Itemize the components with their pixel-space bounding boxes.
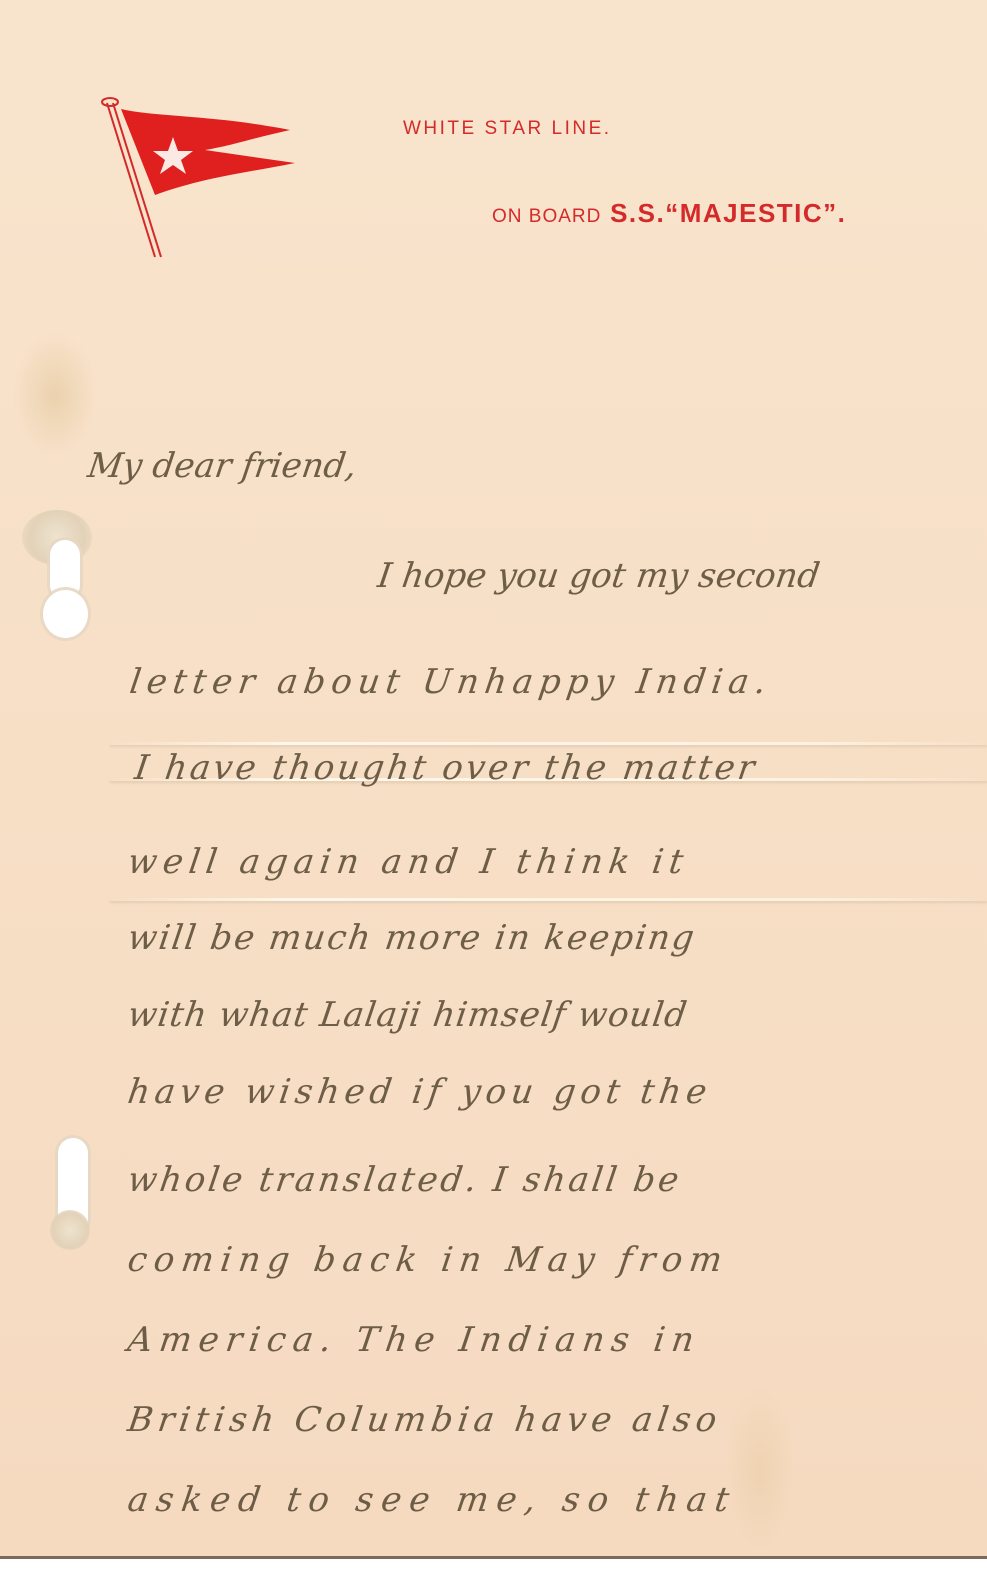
page-bottom-edge [0, 1556, 987, 1580]
letter-line: I hope you got my second [375, 556, 822, 596]
torn-edge [50, 1210, 90, 1250]
paper-fold-line [110, 742, 987, 745]
salutation: My dear friend, [85, 446, 359, 486]
on-board-label: ON BOARD [492, 206, 601, 227]
white-star-flag-icon [95, 95, 305, 260]
letter-line: well again and I think it [125, 842, 692, 882]
letter-line: I have thought over the matter [132, 748, 760, 788]
letterhead-company-name: WHITE STAR LINE. [403, 118, 612, 140]
letter-line: with what Lalaji himself would [125, 995, 690, 1035]
letter-line: America. The Indians in [125, 1320, 703, 1360]
paper-fold-line [110, 898, 987, 901]
letter-line: letter about Unhappy India. [127, 662, 774, 702]
letter-line: will be much more in keeping [125, 918, 698, 958]
ship-name: S.S.“MAJESTIC”. [610, 198, 846, 228]
letter-line: asked to see me, so that [125, 1480, 739, 1520]
letterhead-ship-line: ON BOARD S.S.“MAJESTIC”. [492, 198, 846, 229]
letter-line: coming back in May from [125, 1240, 731, 1280]
punch-hole [43, 590, 88, 638]
letter-line: have wished if you got the [125, 1072, 714, 1112]
letter-line: whole translated. I shall be [125, 1160, 684, 1200]
letter-line: British Columbia have also [125, 1400, 724, 1440]
